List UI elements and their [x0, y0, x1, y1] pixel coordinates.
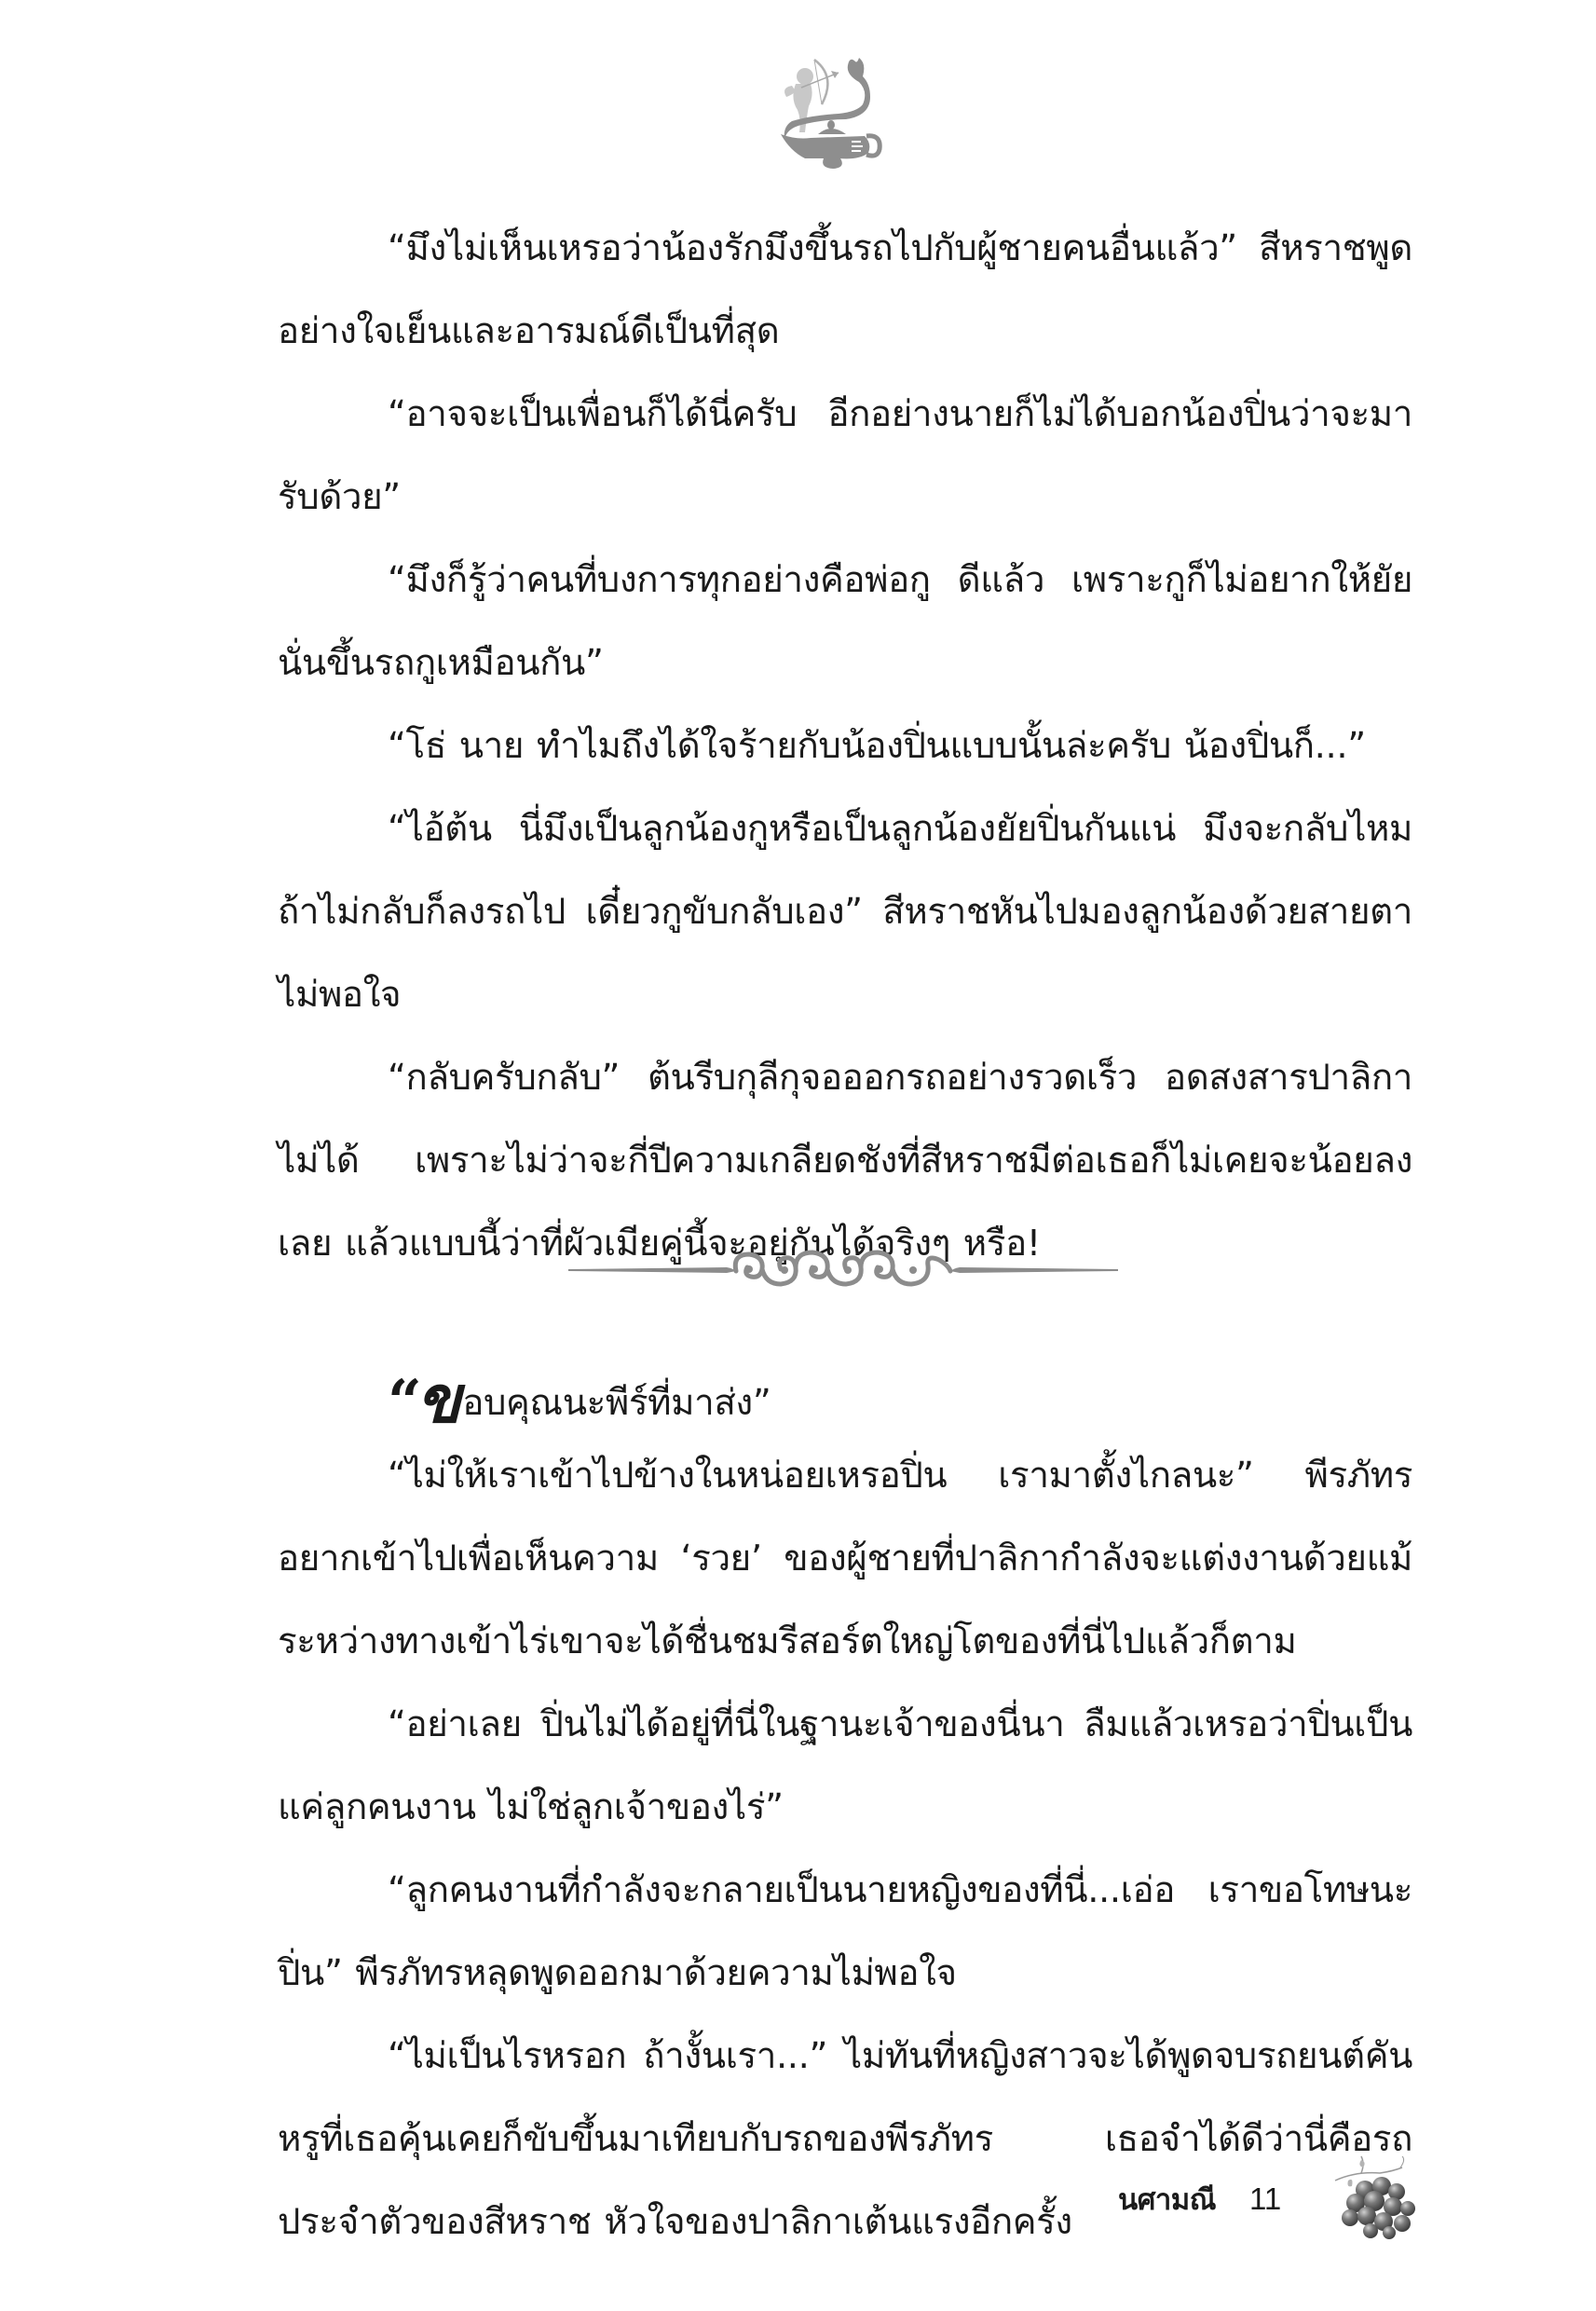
cupid-magic-lamp-icon [773, 54, 885, 171]
section-1: “มึงไม่เห็นเหรอว่าน้องรักมึงขึ้นรถไปกับผ… [278, 207, 1412, 1285]
lead-open-quote: “ [388, 1367, 416, 1437]
section-lead-line: “ขอบคุณนะพีร์ที่มาส่ง” [278, 1351, 1412, 1434]
grape-cluster-icon [1328, 2153, 1421, 2241]
page-footer: นศามณี 11 [1118, 2171, 1281, 2227]
paragraph: “ไม่ให้เราเข้าไปข้างในหน่อยเหรอปิ่น เราม… [278, 1434, 1412, 1683]
paragraph: “มึงไม่เห็นเหรอว่าน้องรักมึงขึ้นรถไปกับผ… [278, 207, 1412, 373]
paragraph: “โธ่ นาย ทำไมถึงได้ใจร้ายกับน้องปิ่นแบบน… [278, 704, 1412, 787]
paragraph: “มึงก็รู้ว่าคนที่บงการทุกอย่างคือพ่อกู ด… [278, 539, 1412, 704]
paragraph: “ลูกคนงานที่กำลังจะกลายเป็นนายหญิงของที่… [278, 1849, 1412, 2015]
paragraph: “อาจจะเป็นเพื่อนก็ได้นี่ครับ อีกอย่างนาย… [278, 373, 1412, 539]
page-number: 11 [1249, 2181, 1281, 2217]
lead-text: อบคุณนะพีร์ที่มาส่ง” [462, 1382, 771, 1424]
paragraph: “ไอ้ต้น นี่มึงเป็นลูกน้องกูหรือเป็นลูกน้… [278, 787, 1412, 1036]
author-name: นศามณี [1118, 2176, 1216, 2222]
paragraph: “อย่าเลย ปิ่นไม่ได้อยู่ที่นี่ในฐานะเจ้าข… [278, 1683, 1412, 1849]
section-2: “ขอบคุณนะพีร์ที่มาส่ง” “ไม่ให้เราเข้าไปข… [278, 1351, 1412, 2263]
drop-cap: ข [416, 1361, 460, 1438]
scroll-divider-icon [568, 1245, 1118, 1292]
